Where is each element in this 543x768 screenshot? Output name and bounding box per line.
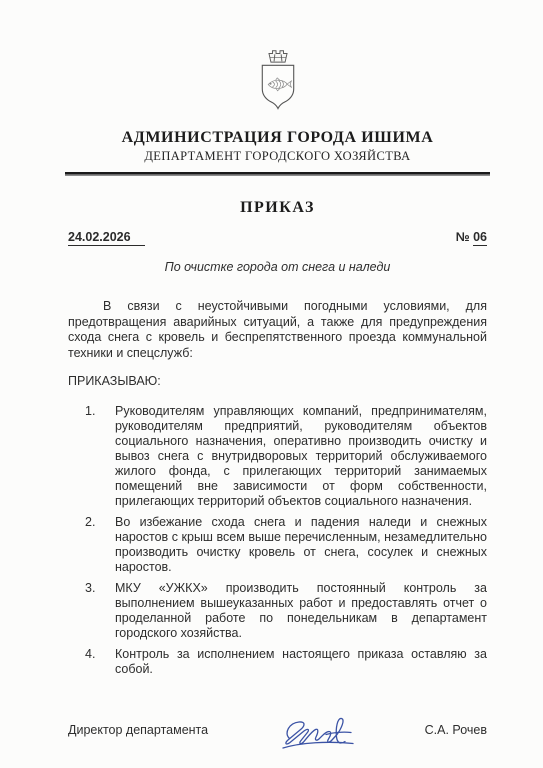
order-item-3: 3. МКУ «УЖКХ» производить постоянный кон… <box>68 581 487 641</box>
coat-of-arms-container <box>68 0 487 114</box>
department-name: ДЕПАРТАМЕНТ ГОРОДСКОГО ХОЗЯЙСТВА <box>68 149 487 164</box>
order-item-2: 2. Во избежание схода снега и падения на… <box>68 515 487 575</box>
signature-row: Директор департамента С.А. Рочев <box>68 717 487 759</box>
item-text: МКУ «УЖКХ» производить постоянный контро… <box>115 581 487 641</box>
handwritten-signature-ink <box>273 711 369 759</box>
order-item-1: 1. Руководителям управляющих компаний, п… <box>68 404 487 509</box>
document-subject: По очистке города от снега и наледи <box>68 260 487 274</box>
signer-name: С.А. Рочев <box>425 717 487 737</box>
header-divider-line <box>65 172 490 176</box>
item-number: 3. <box>68 581 115 641</box>
order-item-4: 4. Контроль за исполнением настоящего пр… <box>68 647 487 677</box>
order-items-list: 1. Руководителям управляющих компаний, п… <box>68 404 487 677</box>
item-text: Руководителям управляющих компаний, пред… <box>115 404 487 509</box>
ishim-coat-of-arms-icon <box>254 48 302 114</box>
order-document-page: АДМИНИСТРАЦИЯ ГОРОДА ИШИМА ДЕПАРТАМЕНТ Г… <box>0 0 543 768</box>
organization-name: АДМИНИСТРАЦИЯ ГОРОДА ИШИМА <box>68 129 487 147</box>
item-number: 1. <box>68 404 115 509</box>
preamble-paragraph: В связи с неустойчивыми погодными услови… <box>68 299 487 361</box>
document-date: 24.02.2026 <box>68 230 145 246</box>
item-number: 2. <box>68 515 115 575</box>
item-number: 4. <box>68 647 115 677</box>
date-number-row: 24.02.2026 № 06 <box>68 230 487 246</box>
document-number: № 06 <box>456 230 487 244</box>
item-text: Во избежание схода снега и падения налед… <box>115 515 487 575</box>
number-value: 06 <box>473 230 487 246</box>
number-sign: № <box>456 230 470 244</box>
command-word: ПРИКАЗЫВАЮ: <box>68 374 487 388</box>
document-type-title: ПРИКАЗ <box>68 199 487 217</box>
item-text: Контроль за исполнением настоящего прика… <box>115 647 487 677</box>
signer-position: Директор департамента <box>68 717 208 737</box>
